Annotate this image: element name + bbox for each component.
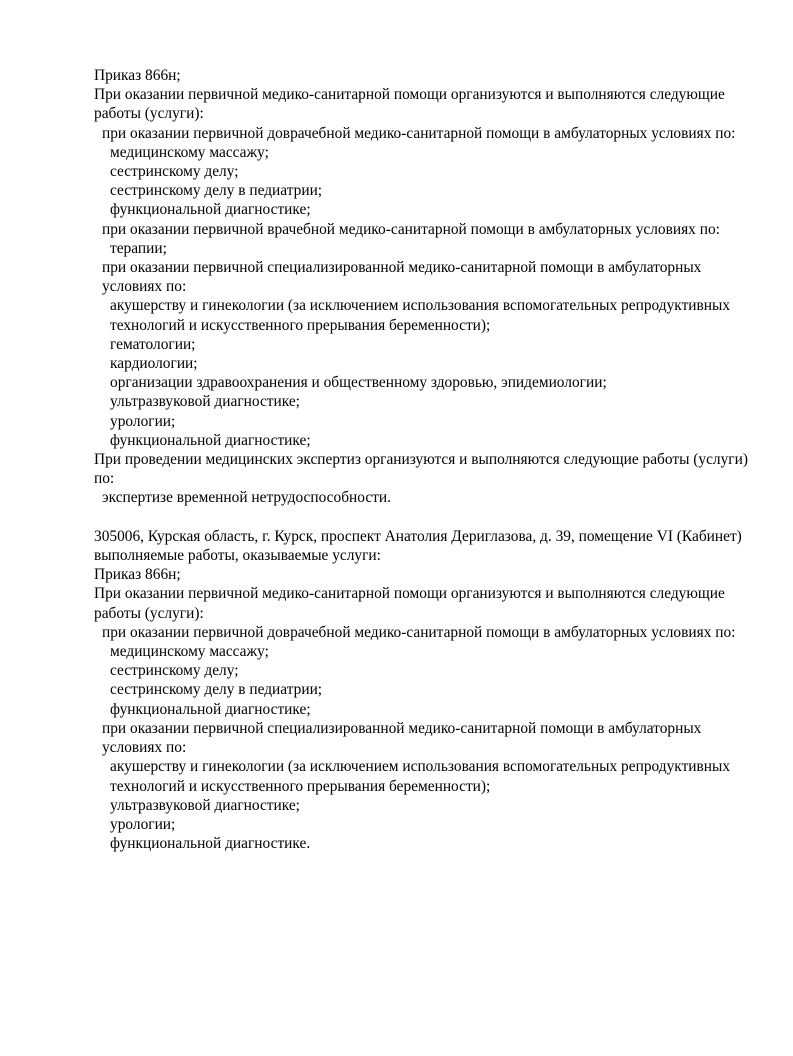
works-subtitle: выполняемые работы, оказываемые услуги:: [94, 546, 759, 565]
list-item: терапии;: [94, 239, 759, 258]
list-item: акушерству и гинекологии (за исключением…: [94, 296, 759, 334]
list-item: акушерству и гинекологии (за исключением…: [94, 757, 759, 795]
list-item: организации здравоохранения и общественн…: [94, 373, 759, 392]
list-item: при оказании первичной специализированно…: [94, 258, 759, 296]
document-page: Приказ 866н;При оказании первичной медик…: [94, 66, 759, 853]
list-item: при оказании первичной доврачебной медик…: [94, 124, 759, 143]
list-item: функциональной диагностике.: [94, 834, 759, 853]
section-spacer: [94, 508, 759, 527]
list-item: медицинскому массажу;: [94, 143, 759, 162]
section-license-works-1: Приказ 866н;При оказании первичной медик…: [94, 66, 759, 508]
list-item: кардиологии;: [94, 354, 759, 373]
list-item: При оказании первичной медико-санитарной…: [94, 584, 759, 622]
list-item: Приказ 866н;: [94, 66, 759, 85]
list-item: сестринскому делу;: [94, 661, 759, 680]
list-item: сестринскому делу в педиатрии;: [94, 181, 759, 200]
list-item: сестринскому делу в педиатрии;: [94, 680, 759, 699]
list-item: ультразвуковой диагностике;: [94, 392, 759, 411]
list-item: при оказании первичной специализированно…: [94, 719, 759, 757]
address-line: 305006, Курская область, г. Курск, просп…: [94, 527, 759, 546]
list-item: При проведении медицинских экспертиз орг…: [94, 450, 759, 488]
list-item: при оказании первичной доврачебной медик…: [94, 623, 759, 642]
list-item: Приказ 866н;: [94, 565, 759, 584]
list-item: ультразвуковой диагностике;: [94, 796, 759, 815]
list-item: медицинскому массажу;: [94, 642, 759, 661]
list-item: При оказании первичной медико-санитарной…: [94, 85, 759, 123]
list-item: урологии;: [94, 815, 759, 834]
section-address-2: 305006, Курская область, г. Курск, просп…: [94, 527, 759, 853]
list-item: функциональной диагностике;: [94, 200, 759, 219]
section-license-works-2: Приказ 866н;При оказании первичной медик…: [94, 565, 759, 853]
list-item: урологии;: [94, 412, 759, 431]
list-item: гематологии;: [94, 335, 759, 354]
list-item: при оказании первичной врачебной медико-…: [94, 220, 759, 239]
list-item: функциональной диагностике;: [94, 700, 759, 719]
list-item: сестринскому делу;: [94, 162, 759, 181]
list-item: экспертизе временной нетрудоспособности.: [94, 488, 759, 507]
list-item: функциональной диагностике;: [94, 431, 759, 450]
